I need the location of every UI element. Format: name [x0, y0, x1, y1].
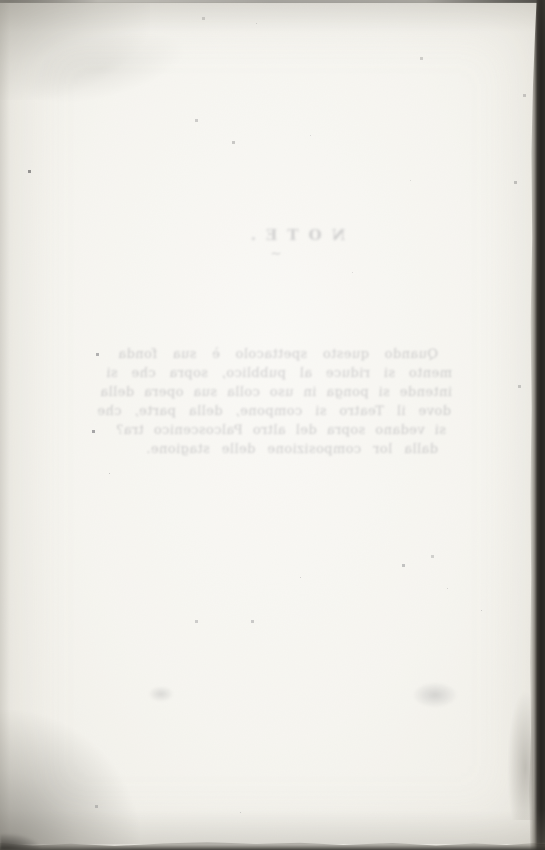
bleedthrough-flourish-ornament: ∽ [256, 246, 296, 262]
paper-specks [0, 0, 1, 1]
bleedthrough-paragraph-line: mento si riduce al pubblico, sopra che s… [106, 366, 452, 384]
ink-smudge [148, 686, 174, 702]
bottom-left-dark-blob [0, 834, 40, 850]
bleedthrough-heading: NOTE. [226, 226, 360, 248]
scanned-book-page: NOTE. ∽ Quando questo spettacolo è sua f… [0, 0, 545, 850]
bleedthrough-paragraph-line: dove il Teatro si compone, della parte, … [97, 404, 451, 422]
bleedthrough-paragraph-line: dalla lor composizione delle stagione. [146, 442, 438, 460]
ink-smudge [412, 682, 458, 708]
bleedthrough-paragraph-line: Quando questo spettacolo è sua fonda [118, 347, 438, 365]
bleedthrough-paragraph-line: si vedano sopra del altro Palcoscenico t… [116, 423, 446, 441]
bleedthrough-paragraph-line: intende si ponga in uso colla sua opera … [100, 385, 452, 403]
right-edge-grime [507, 690, 533, 820]
bottom-left-corner-smudge [0, 710, 140, 850]
